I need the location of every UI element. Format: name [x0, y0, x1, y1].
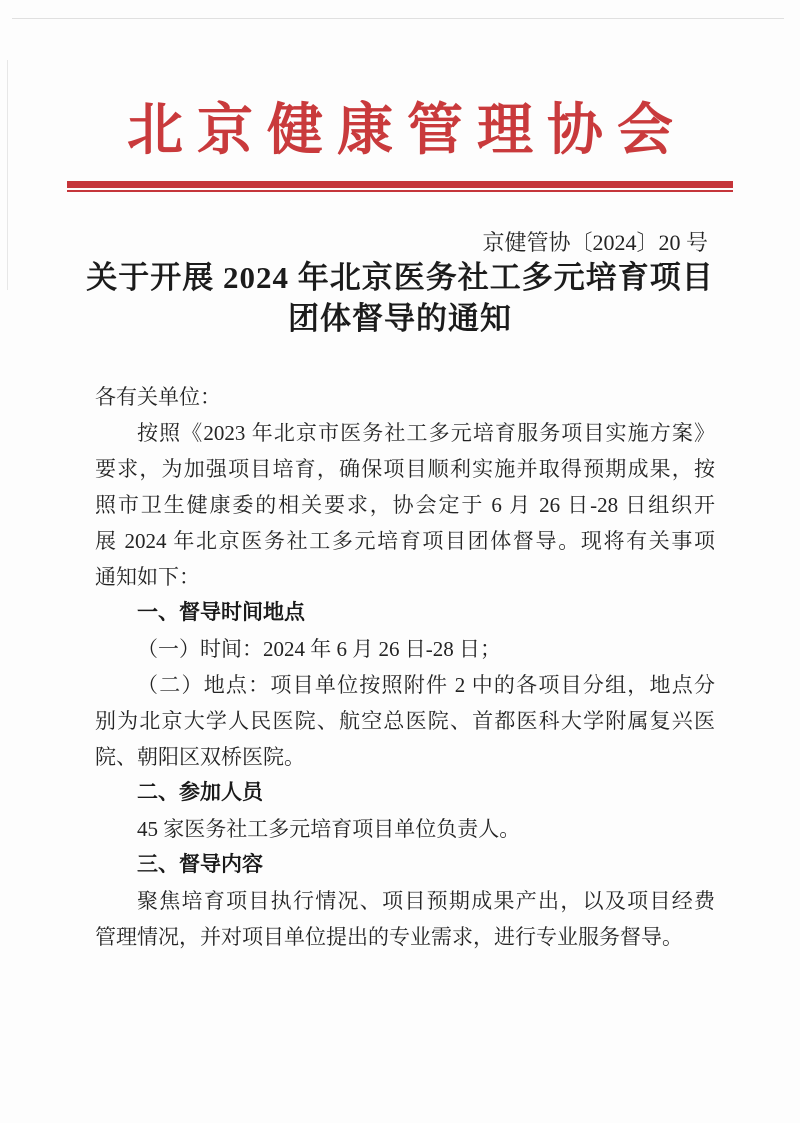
document-title-line2: 团体督导的通知	[0, 298, 800, 339]
letterhead-rule-thin-bar	[67, 190, 733, 192]
letterhead-rule-thick-bar	[67, 181, 733, 188]
body-line: （一）时间：2024 年 6 月 26 日-28 日；	[95, 631, 715, 667]
body-line: 按照《2023 年北京市医务社工多元培育服务项目实施方案》	[95, 415, 715, 451]
body-paragraph: 聚焦培育项目执行情况、项目预期成果产出，以及项目经费 管理情况，并对项目单位提出…	[95, 883, 715, 955]
section-heading-text: 一、督导时间地点	[95, 595, 715, 631]
body-line: 照市卫生健康委的相关要求，协会定于 6 月 26 日-28 日组织开	[95, 487, 715, 523]
document-title-line1: 关于开展 2024 年北京医务社工多元培育项目	[0, 257, 800, 298]
doc-number: 京健管协〔2024〕20 号	[482, 229, 708, 257]
letterhead-rule	[67, 181, 733, 192]
body-line: 通知如下：	[95, 559, 715, 595]
body-line: 管理情况，并对项目单位提出的专业需求，进行专业服务督导。	[95, 919, 715, 955]
scan-artifact-left-edge	[7, 60, 8, 290]
section-heading-text: 二、参加人员	[95, 775, 715, 811]
scan-artifact-top-edge	[12, 18, 784, 19]
body-paragraph: 按照《2023 年北京市医务社工多元培育服务项目实施方案》 要求，为加强项目培育…	[95, 415, 715, 595]
body-line: 要求，为加强项目培育，确保项目顺利实施并取得预期成果，按	[95, 451, 715, 487]
body-line: （二）地点：项目单位按照附件 2 中的各项目分组，地点分	[95, 667, 715, 703]
section-heading-1: 一、督导时间地点	[95, 595, 715, 631]
section-heading-2: 二、参加人员	[95, 775, 715, 811]
section-heading-text: 三、督导内容	[95, 847, 715, 883]
salutation-block: 各有关单位：	[95, 379, 715, 415]
body-paragraph: （二）地点：项目单位按照附件 2 中的各项目分组，地点分 别为北京大学人民医院、…	[95, 667, 715, 775]
document-body: 各有关单位： 按照《2023 年北京市医务社工多元培育服务项目实施方案》 要求，…	[95, 379, 715, 955]
salutation: 各有关单位：	[95, 379, 715, 415]
section-heading-3: 三、督导内容	[95, 847, 715, 883]
letterhead-org-name: 北京健康管理协会	[0, 100, 800, 162]
document-page: 北京健康管理协会 京健管协〔2024〕20 号 关于开展 2024 年北京医务社…	[0, 0, 800, 1123]
body-paragraph: 45 家医务社工多元培育项目单位负责人。	[95, 811, 715, 847]
body-line: 展 2024 年北京医务社工多元培育项目团体督导。现将有关事项	[95, 523, 715, 559]
body-line: 别为北京大学人民医院、航空总医院、首都医科大学附属复兴医	[95, 703, 715, 739]
body-paragraph: （一）时间：2024 年 6 月 26 日-28 日；	[95, 631, 715, 667]
body-line: 45 家医务社工多元培育项目单位负责人。	[95, 811, 715, 847]
body-line: 院、朝阳区双桥医院。	[95, 739, 715, 775]
document-title: 关于开展 2024 年北京医务社工多元培育项目 团体督导的通知	[0, 257, 800, 339]
body-line: 聚焦培育项目执行情况、项目预期成果产出，以及项目经费	[95, 883, 715, 919]
